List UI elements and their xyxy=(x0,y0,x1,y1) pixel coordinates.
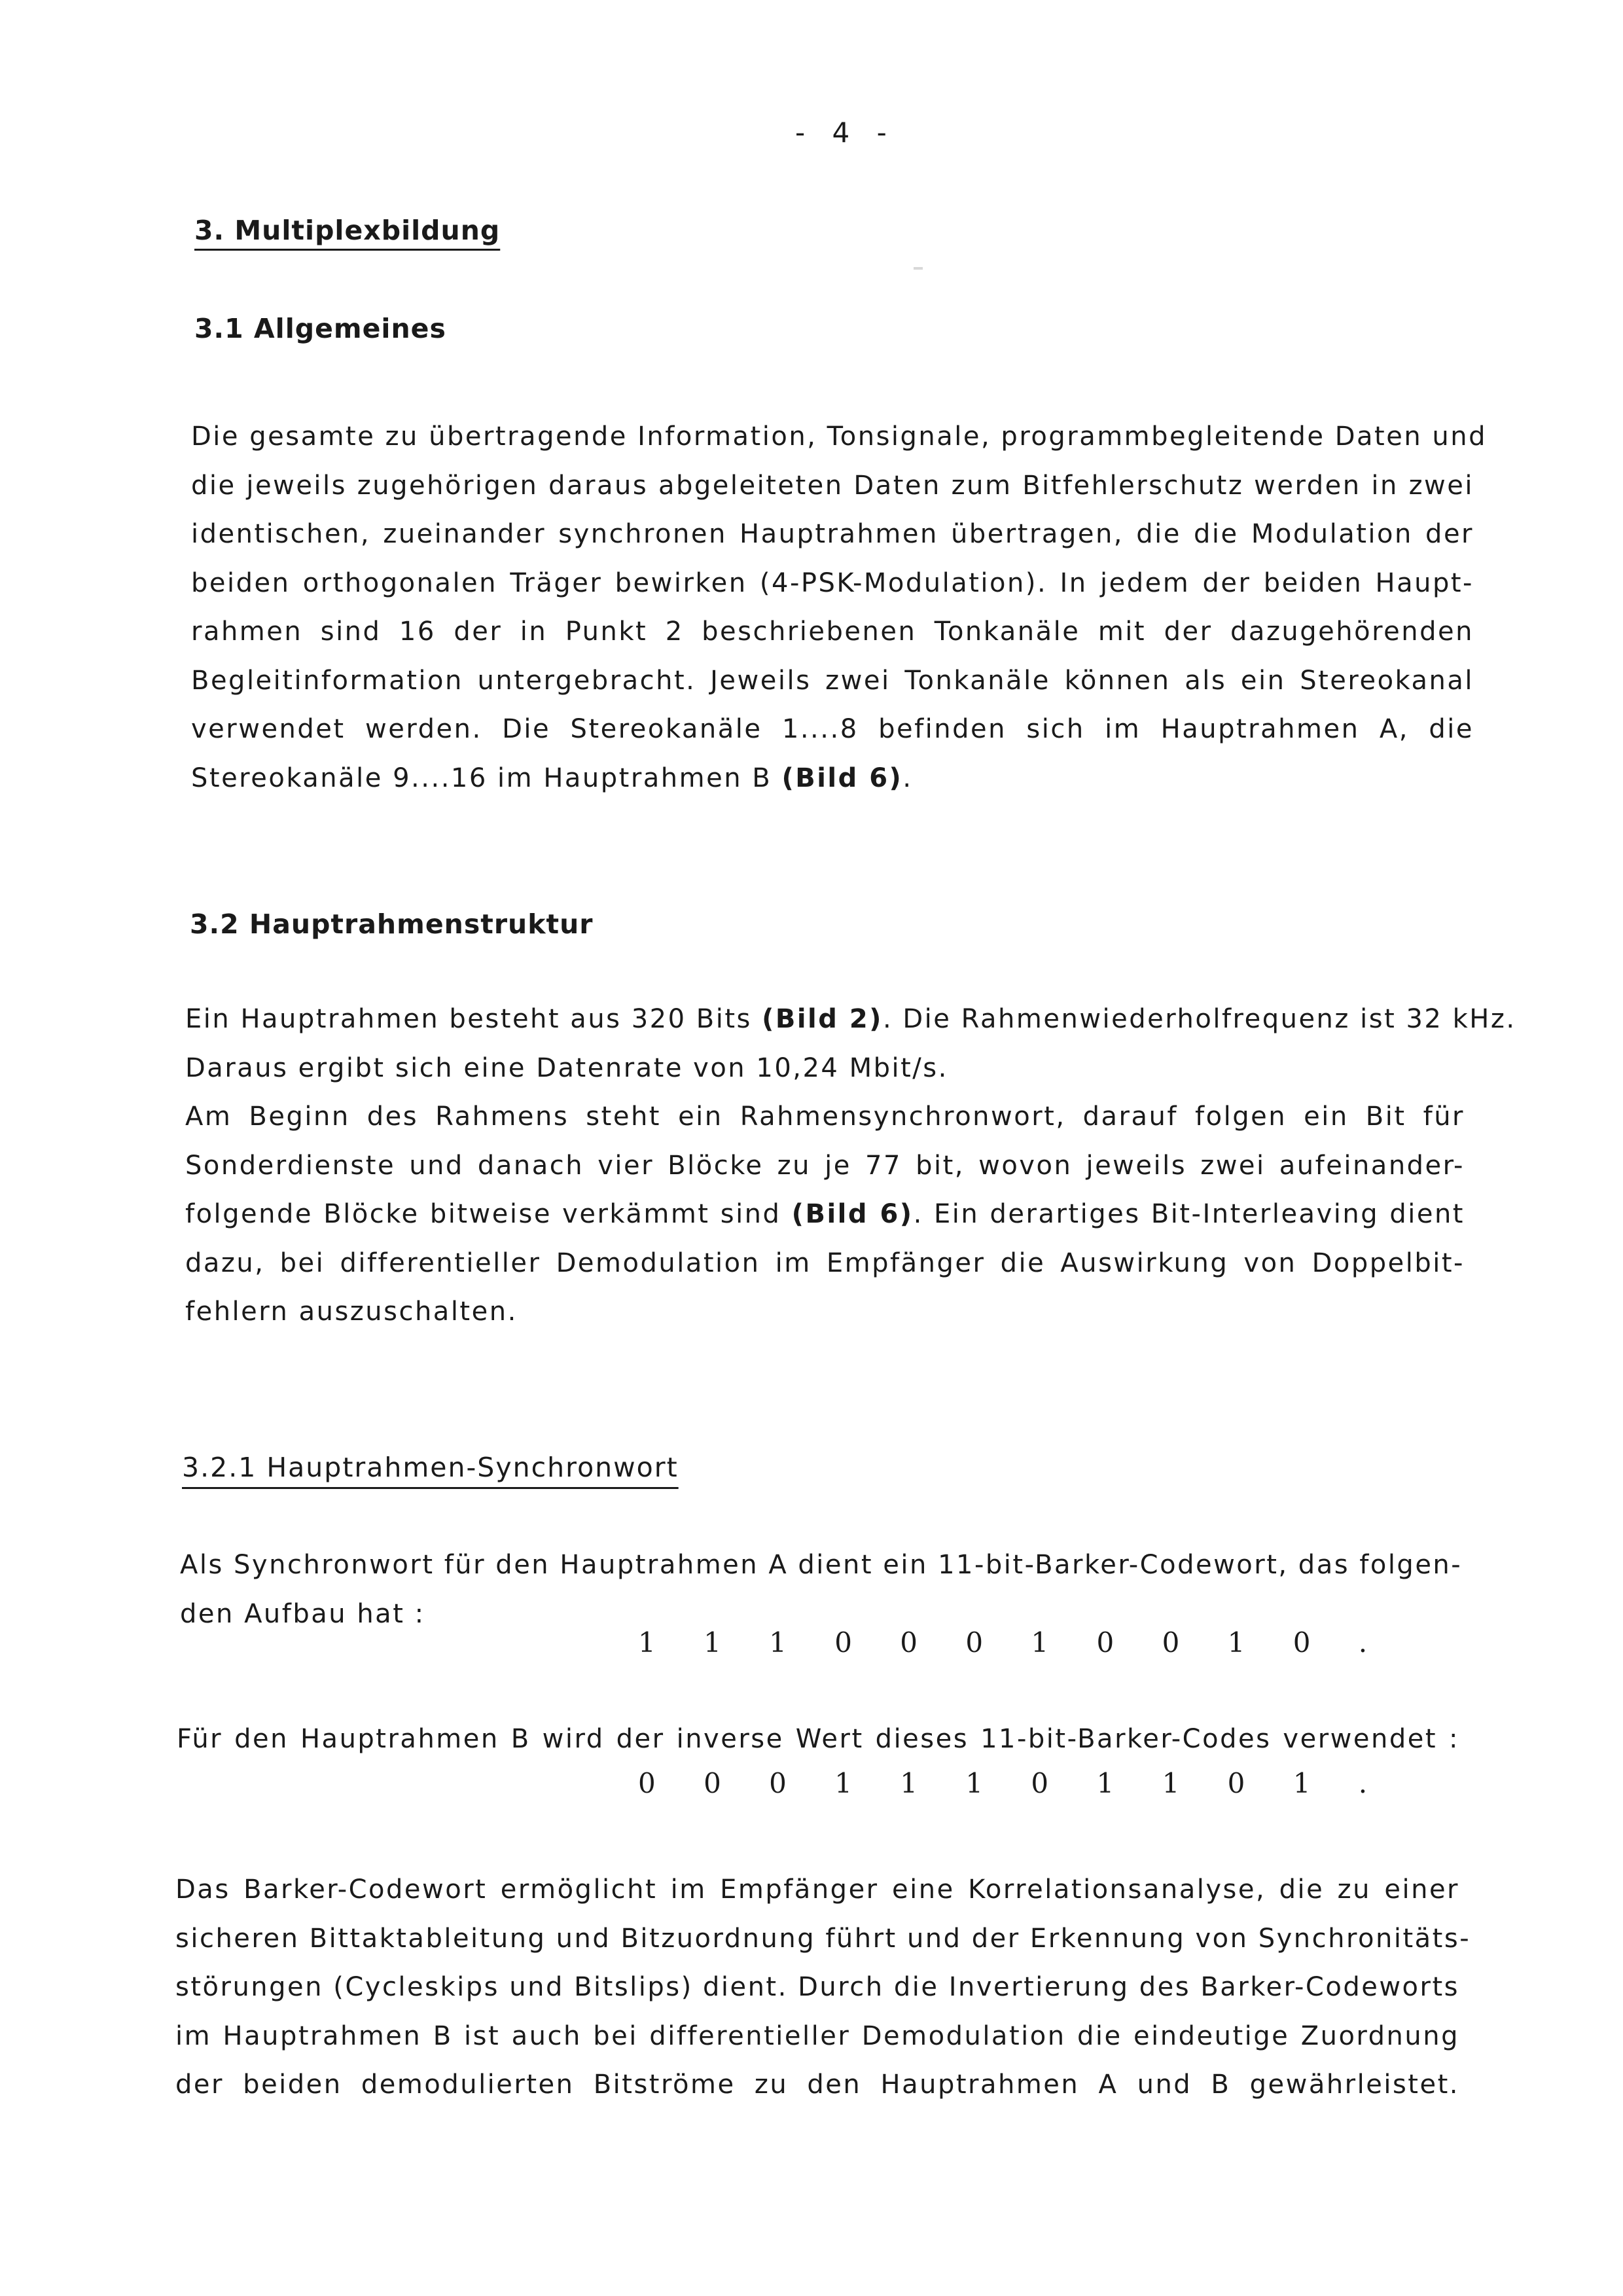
text-line: beiden orthogonalen Träger bewirken (4-P… xyxy=(191,559,1474,608)
text-fragment: Stereokanäle 9....16 im Hauptrahmen B xyxy=(191,763,781,793)
text-line: rahmen sind 16 der in Punkt 2 beschriebe… xyxy=(191,607,1474,656)
barker-code-a: 1 1 1 0 0 0 1 0 0 1 0 . xyxy=(638,1626,1387,1659)
text-line: dazu, bei differentieller Demodulation i… xyxy=(185,1239,1465,1288)
text-line: Am Beginn des Rahmens steht ein Rahmensy… xyxy=(185,1092,1465,1141)
section-heading-3-2: 3.2 Hauptrahmenstruktur xyxy=(190,908,594,940)
text-line: störungen (Cycleskips und Bitslips) dien… xyxy=(175,1963,1459,2012)
text-line: Als Synchronwort für den Hauptrahmen A d… xyxy=(180,1541,1456,1590)
text-line: Ein Hauptrahmen besteht aus 320 Bits (Bi… xyxy=(185,995,1465,1044)
paragraph-allgemeines: Die gesamte zu übertragende Information,… xyxy=(191,412,1474,802)
scan-speck xyxy=(914,267,923,270)
page-number: - 4 - xyxy=(795,117,896,149)
paragraph-synchronwort-intro: Als Synchronwort für den Hauptrahmen A d… xyxy=(180,1541,1456,1638)
text-fragment: folgende Blöcke bitweise verkämmt sind xyxy=(185,1199,792,1229)
text-line: Begleitinformation untergebracht. Jeweil… xyxy=(191,656,1474,706)
figure-reference: (Bild 2) xyxy=(762,1004,883,1034)
barker-code-b: 0 0 0 1 1 1 0 1 1 0 1 . xyxy=(638,1767,1387,1799)
text-fragment: . xyxy=(902,763,912,793)
text-line: Sonderdienste und danach vier Blöcke zu … xyxy=(185,1141,1465,1191)
section-heading-3: 3. Multiplexbildung xyxy=(194,215,500,246)
section-heading-3-1: 3.1 Allgemeines xyxy=(194,313,446,344)
text-line: der beiden demodulierten Bitströme zu de… xyxy=(175,2060,1459,2109)
text-line: verwendet werden. Die Stereokanäle 1....… xyxy=(191,705,1474,754)
text-line: identischen, zueinander synchronen Haupt… xyxy=(191,510,1474,559)
text-fragment: . Die Rahmenwiederholfrequenz ist 32 kHz… xyxy=(883,1004,1516,1034)
text-line: Daraus ergibt sich eine Datenrate von 10… xyxy=(185,1044,1465,1093)
text-line: Für den Hauptrahmen B wird der inverse W… xyxy=(177,1715,1459,1764)
paragraph-inverse-code: Für den Hauptrahmen B wird der inverse W… xyxy=(177,1715,1459,1764)
text-line: folgende Blöcke bitweise verkämmt sind (… xyxy=(185,1190,1465,1239)
text-fragment: . Ein derartiges Bit-Interleaving dient xyxy=(914,1199,1465,1229)
text-line: Das Barker-Codewort ermöglicht im Empfän… xyxy=(175,1865,1459,1914)
text-line: Die gesamte zu übertragende Information,… xyxy=(191,412,1474,461)
section-heading-3-2-1: 3.2.1 Hauptrahmen-Synchronwort xyxy=(182,1452,679,1483)
figure-reference: (Bild 6) xyxy=(781,763,902,793)
figure-reference: (Bild 6) xyxy=(792,1199,914,1229)
text-line: sicheren Bittaktableitung und Bitzuordnu… xyxy=(175,1914,1459,1964)
text-fragment: Ein Hauptrahmen besteht aus 320 Bits xyxy=(185,1004,762,1034)
text-line: Stereokanäle 9....16 im Hauptrahmen B (B… xyxy=(191,754,1474,803)
paragraph-hauptrahmenstruktur: Ein Hauptrahmen besteht aus 320 Bits (Bi… xyxy=(185,995,1465,1336)
text-line: fehlern auszuschalten. xyxy=(185,1287,1465,1336)
text-line: die jeweils zugehörigen daraus abgeleite… xyxy=(191,461,1474,511)
paragraph-barker-explanation: Das Barker-Codewort ermöglicht im Empfän… xyxy=(175,1865,1459,2109)
text-line: im Hauptrahmen B ist auch bei differenti… xyxy=(175,2012,1459,2061)
